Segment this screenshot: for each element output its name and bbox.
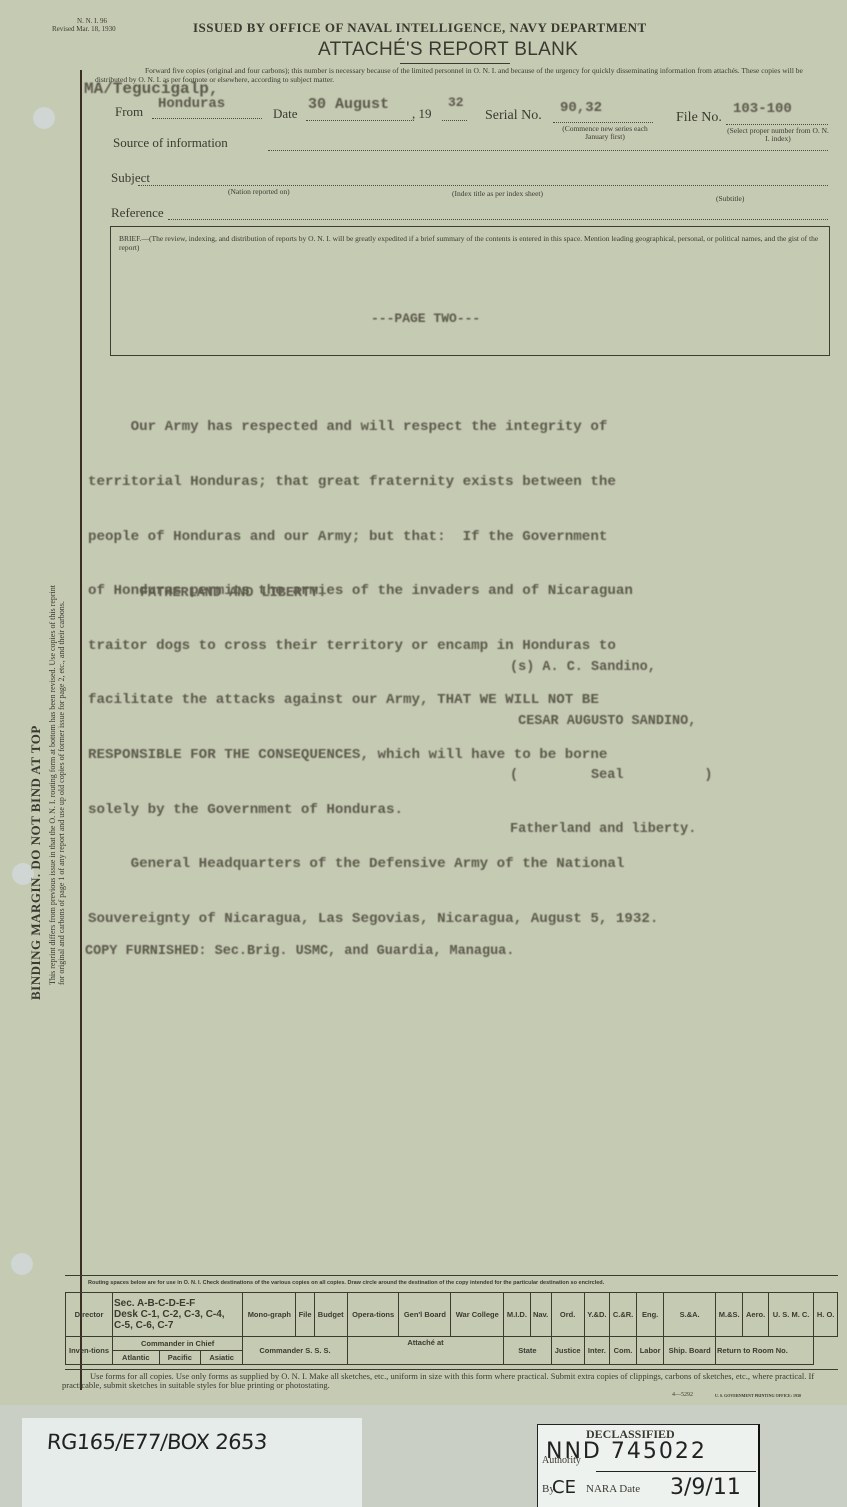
file-label: File No. bbox=[676, 110, 722, 126]
year-line bbox=[442, 120, 467, 121]
binding-margin-line bbox=[80, 70, 82, 1390]
routing-cell-aero[interactable]: Aero. bbox=[743, 1293, 768, 1337]
body-line: Our Army has respected and will respect … bbox=[88, 418, 808, 436]
routing-cell-ord[interactable]: Ord. bbox=[551, 1293, 584, 1337]
routing-cell-cr[interactable]: C.&R. bbox=[610, 1293, 637, 1337]
routing-cell-mid[interactable]: M.I.D. bbox=[504, 1293, 530, 1337]
authority-rule bbox=[596, 1471, 756, 1472]
date-label: Date bbox=[273, 106, 298, 122]
signature-line: CESAR AUGUSTO SANDINO, bbox=[510, 713, 713, 731]
file-field[interactable]: 103-100 bbox=[733, 101, 792, 117]
signature-block: (s) A. C. Sandino, CESAR AUGUSTO SANDINO… bbox=[510, 623, 713, 875]
signature-line: Fatherland and liberty. bbox=[510, 821, 713, 839]
serial-label: Serial No. bbox=[485, 108, 542, 124]
punch-hole bbox=[11, 1253, 33, 1275]
source-field[interactable] bbox=[268, 150, 828, 151]
signature-seal: ( Seal ) bbox=[510, 767, 713, 785]
issuer-heading: ISSUED BY OFFICE OF NAVAL INTELLIGENCE, … bbox=[193, 20, 647, 36]
routing-cell-justice[interactable]: Justice bbox=[551, 1337, 584, 1365]
nara-date-label: NARA Date bbox=[586, 1483, 640, 1495]
year-prefix: , 19 bbox=[412, 106, 432, 122]
routing-cell-state[interactable]: State bbox=[504, 1337, 551, 1365]
subject-note-index: (Index title as per index sheet) bbox=[452, 190, 543, 198]
routing-cell-labor[interactable]: Labor bbox=[636, 1337, 663, 1365]
body-line: Souvereignty of Nicaragua, Las Segovias,… bbox=[88, 910, 808, 928]
routing-cell-budget[interactable]: Budget bbox=[314, 1293, 347, 1337]
routing-cell-inter[interactable]: Inter. bbox=[584, 1337, 609, 1365]
reprint-note-line1: This reprint differs from previous issue… bbox=[48, 585, 57, 985]
subject-field[interactable] bbox=[138, 185, 828, 186]
brief-field[interactable]: ---PAGE TWO--- bbox=[371, 311, 480, 326]
body-line: people of Honduras and our Army; but tha… bbox=[88, 528, 808, 546]
form-number: N. N. I. 96 bbox=[62, 17, 122, 25]
routing-cell-director[interactable]: Director bbox=[66, 1293, 113, 1337]
from-field[interactable]: Honduras bbox=[158, 96, 225, 112]
from-line bbox=[152, 118, 262, 119]
routing-cell-operations[interactable]: Opera-tions bbox=[347, 1293, 399, 1337]
serial-line bbox=[553, 122, 653, 123]
routing-bottom-rule bbox=[65, 1369, 838, 1370]
source-label: Source of information bbox=[113, 135, 228, 151]
serial-note: (Commence new series each January first) bbox=[555, 125, 655, 141]
routing-cell-ho[interactable]: H. O. bbox=[814, 1293, 838, 1337]
print-code: 4—5292 bbox=[672, 1392, 693, 1398]
brief-box: BRIEF.—(The review, indexing, and distri… bbox=[110, 226, 830, 356]
signature-line: (s) A. C. Sandino, bbox=[510, 659, 713, 677]
file-line bbox=[726, 124, 828, 125]
routing-cell-attache-at[interactable]: Attaché at bbox=[347, 1337, 503, 1365]
form-revised-date: Revised Mar. 18, 1930 bbox=[52, 25, 116, 33]
routing-cell-commander-sss[interactable]: Commander S. S. S. bbox=[243, 1337, 347, 1365]
by-value: CE bbox=[552, 1477, 576, 1498]
routing-cell-sa[interactable]: S.&A. bbox=[664, 1293, 716, 1337]
report-form-page: N. N. I. 96 Revised Mar. 18, 1930 ISSUED… bbox=[0, 0, 847, 1405]
archive-label-card: RG165/E77/BOX 2653 bbox=[22, 1418, 362, 1507]
binding-margin-warning: BINDING MARGIN. DO NOT BIND AT TOP bbox=[28, 725, 44, 1000]
routing-cell-ms[interactable]: M.&S. bbox=[716, 1293, 743, 1337]
title-rule bbox=[400, 63, 510, 64]
routing-cell-return-to[interactable]: Return to Room No. bbox=[716, 1337, 814, 1365]
routing-top-rule bbox=[65, 1275, 838, 1276]
date-line bbox=[306, 120, 414, 121]
routing-cell-inventions[interactable]: Inven-tions bbox=[66, 1337, 113, 1365]
file-note: (Select proper number from O. N. I. inde… bbox=[727, 127, 829, 143]
punch-hole bbox=[33, 107, 55, 129]
closing-line: FATHERLAND AND LIBERTY. bbox=[140, 586, 326, 601]
routing-cell-usmc[interactable]: U. S. M. C. bbox=[768, 1293, 814, 1337]
routing-cell-com[interactable]: Com. bbox=[610, 1337, 637, 1365]
routing-cell-asiatic[interactable]: Asiatic bbox=[201, 1351, 243, 1365]
date-field[interactable]: 30 August bbox=[308, 96, 389, 113]
routing-cell-nav[interactable]: Nav. bbox=[530, 1293, 551, 1337]
routing-cell-commander-in-chief: Commander in Chief bbox=[113, 1337, 243, 1351]
routing-cell-atlantic[interactable]: Atlantic bbox=[113, 1351, 160, 1365]
subject-note-subtitle: (Subtitle) bbox=[716, 195, 744, 203]
authority-label: Authority bbox=[542, 1455, 581, 1466]
serial-field[interactable]: 90,32 bbox=[560, 100, 602, 116]
reprint-note-line2: for original and carbons of page 1 of an… bbox=[57, 601, 66, 985]
copy-furnished: COPY FURNISHED: Sec.Brig. USMC, and Guar… bbox=[85, 944, 514, 959]
routing-cell-pacific[interactable]: Pacific bbox=[159, 1351, 201, 1365]
footer-instructions: Use forms for all copies. Use only forms… bbox=[62, 1372, 838, 1390]
from-label: From bbox=[115, 104, 143, 120]
routing-cell-war-college[interactable]: War College bbox=[451, 1293, 504, 1337]
reference-label: Reference bbox=[111, 205, 164, 221]
routing-cell-ship-board[interactable]: Ship. Board bbox=[664, 1337, 716, 1365]
brief-instructions: BRIEF.—(The review, indexing, and distri… bbox=[119, 234, 821, 252]
printer-credit: U. S. GOVERNMENT PRINTING OFFICE: 1930 bbox=[715, 1393, 801, 1398]
reference-field[interactable] bbox=[168, 219, 828, 220]
routing-instructions: Routing spaces below are for use in O. N… bbox=[88, 1280, 604, 1286]
declassified-stamp: DECLASSIFIED NND 745022 Authority By CE … bbox=[537, 1424, 760, 1507]
routing-cell-gen-board[interactable]: Gen'l Board bbox=[399, 1293, 451, 1337]
routing-cell-sections[interactable]: Sec. A-B-C-D-E-F Desk C-1, C-2, C-3, C-4… bbox=[113, 1293, 243, 1337]
archive-reference: RG165/E77/BOX 2653 bbox=[46, 1430, 268, 1454]
routing-table: Director Sec. A-B-C-D-E-F Desk C-1, C-2,… bbox=[65, 1292, 838, 1365]
year-field[interactable]: 32 bbox=[448, 95, 464, 110]
routing-cell-file[interactable]: File bbox=[296, 1293, 314, 1337]
subject-label: Subject bbox=[111, 170, 150, 186]
routing-cell-monograph[interactable]: Mono-graph bbox=[243, 1293, 296, 1337]
routing-cell-eng[interactable]: Eng. bbox=[636, 1293, 663, 1337]
subject-note-nation: (Nation reported on) bbox=[228, 188, 290, 196]
body-line: territorial Honduras; that great fratern… bbox=[88, 473, 808, 491]
routing-cell-yd[interactable]: Y.&D. bbox=[584, 1293, 609, 1337]
form-title: ATTACHÉ'S REPORT BLANK bbox=[318, 39, 578, 61]
declassified-date: 3/9/11 bbox=[670, 1475, 741, 1500]
